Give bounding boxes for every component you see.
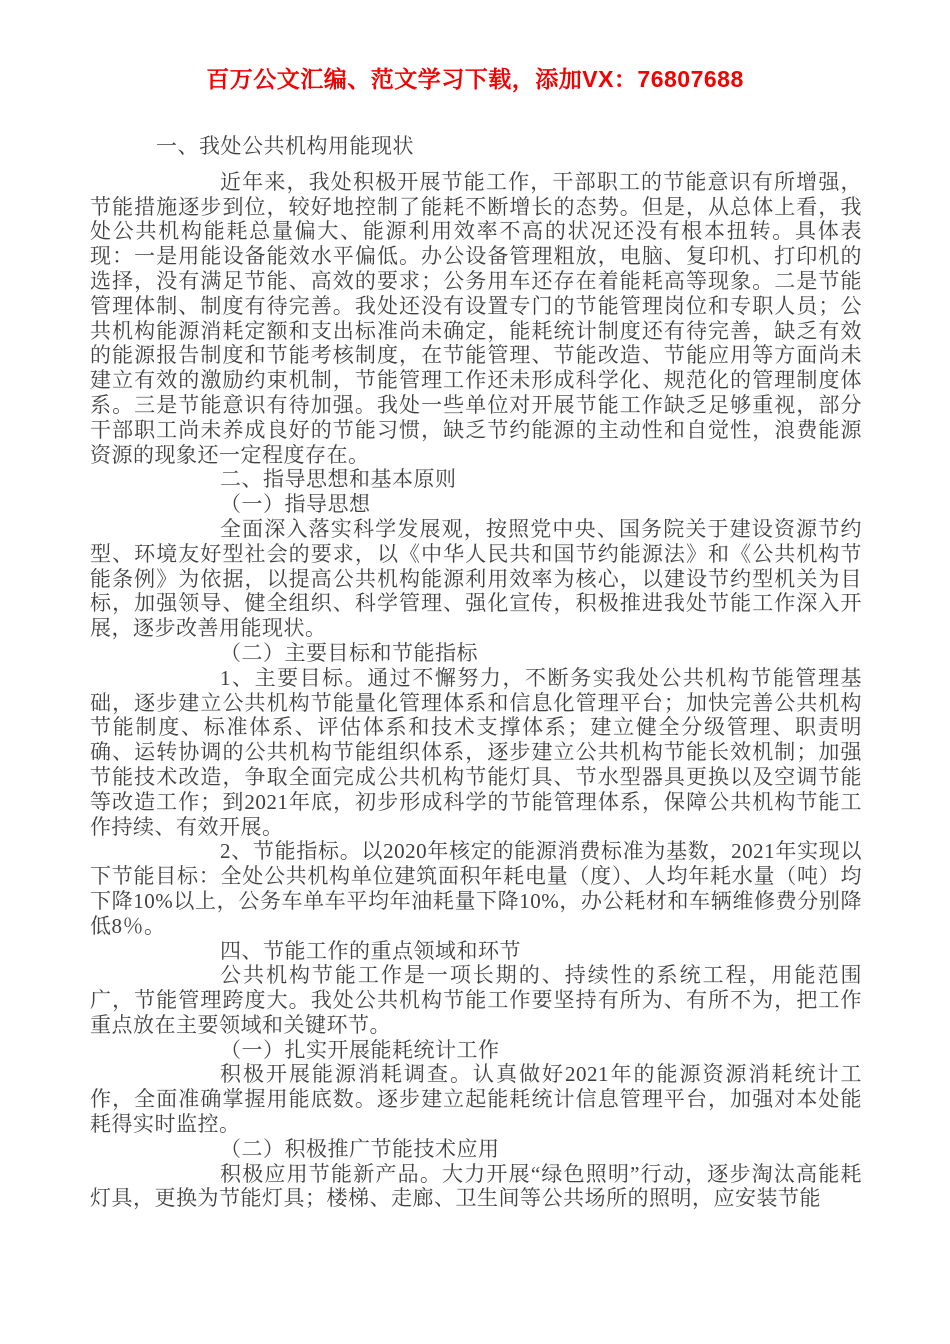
paragraph-energy-saving-targets: 2、节能指标。以2020年核定的能源消费标准为基数，2021年实现以下节能目标：…: [90, 839, 862, 938]
subsection-heading-guiding-thought: （一）指导思想: [90, 492, 862, 517]
document-page: 百万公文汇编、范文学习下载，添加VX：76807688 一、我处公共机构用能现状…: [0, 0, 950, 1344]
paragraph-tech-application-body: 积极应用节能新产品。大力开展“绿色照明”行动，逐步淘汰高能耗灯具，更换为节能灯具…: [90, 1162, 862, 1212]
paragraph-usage-status-body: 近年来，我处积极开展节能工作，干部职工的节能意识有所增强，节能措施逐步到位，较好…: [90, 170, 862, 468]
promo-banner-text: 百万公文汇编、范文学习下载，添加VX：76807688: [0, 0, 950, 94]
document-content: 一、我处公共机构用能现状 近年来，我处积极开展节能工作，干部职工的节能意识有所增…: [0, 134, 950, 1211]
subsection-heading-energy-statistics: （一）扎实开展能耗统计工作: [90, 1038, 862, 1063]
paragraph-main-goals-body: 1、主要目标。通过不懈努力，不断务实我处公共机构节能管理基础，逐步建立公共机构节…: [90, 666, 862, 840]
paragraph-key-areas-body: 公共机构节能工作是一项长期的、持续性的系统工程，用能范围广，节能管理跨度大。我处…: [90, 963, 862, 1037]
paragraph-guiding-thought-body: 全面深入落实科学发展观，按照党中央、国务院关于建设资源节约型、环境友好型社会的要…: [90, 517, 862, 641]
section-heading-usage-status: 一、我处公共机构用能现状: [90, 134, 862, 159]
section-heading-key-areas: 四、节能工作的重点领域和环节: [90, 939, 862, 964]
section-heading-guiding-principles: 二、指导思想和基本原则: [90, 467, 862, 492]
subsection-heading-tech-application: （二）积极推广节能技术应用: [90, 1137, 862, 1162]
subsection-heading-main-goals: （二）主要目标和节能指标: [90, 641, 862, 666]
paragraph-energy-statistics-body: 积极开展能源消耗调查。认真做好2021年的能源资源消耗统计工作，全面准确掌握用能…: [90, 1062, 862, 1136]
